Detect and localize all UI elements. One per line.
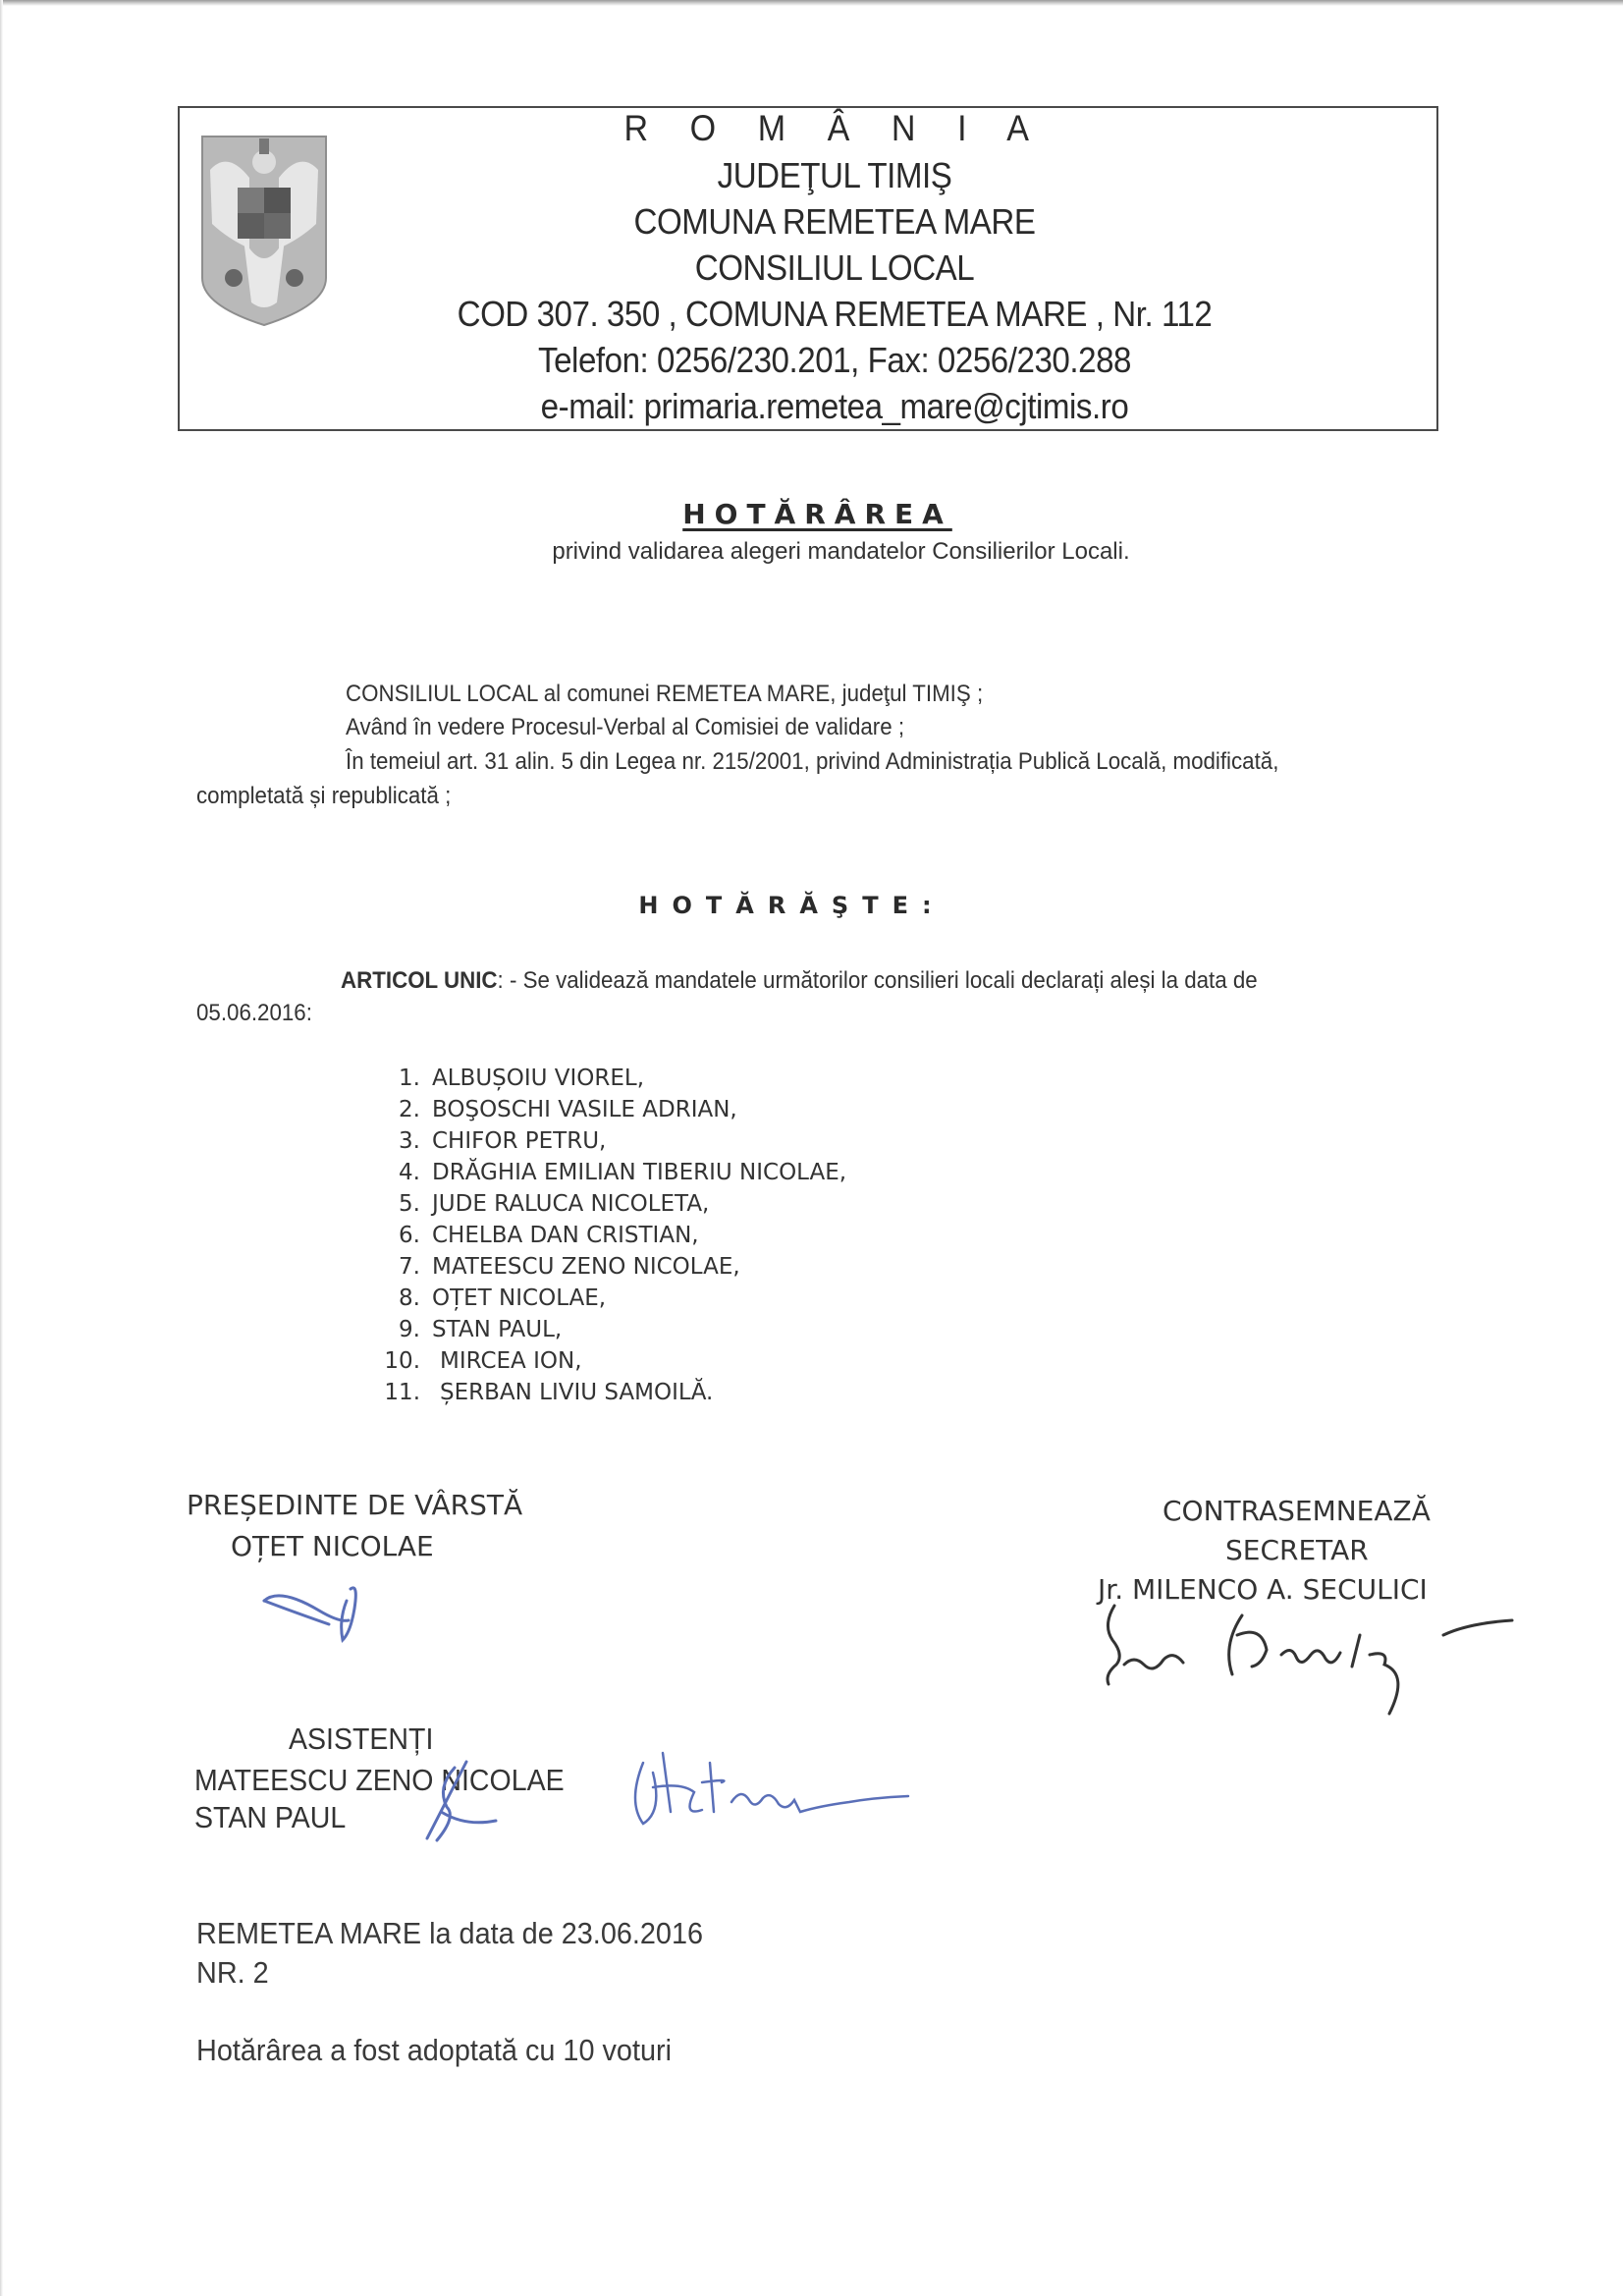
- councillor-item: 10.MIRCEA ION,: [371, 1345, 846, 1377]
- councillor-name: ALBUȘOIU VIOREL,: [432, 1063, 644, 1094]
- councillor-name: OȚET NICOLAE,: [432, 1283, 606, 1314]
- preamble-line-2: Având în vedere Procesul-Verbal al Comis…: [346, 714, 904, 741]
- preamble-line-1: CONSILIUL LOCAL al comunei REMETEA MARE,…: [346, 681, 983, 708]
- councillor-number: 8.: [371, 1283, 432, 1314]
- councillor-item: 3.CHIFOR PETRU,: [371, 1125, 846, 1157]
- councillor-item: 1.ALBUȘOIU VIOREL,: [371, 1063, 846, 1094]
- document-subtitle: privind validarea alegeri mandatelor Con…: [0, 538, 1623, 566]
- header-council: CONSILIUL LOCAL: [338, 247, 1331, 289]
- councillor-name: CHELBA DAN CRISTIAN,: [432, 1220, 699, 1251]
- president-name: OȚET NICOLAE: [231, 1530, 434, 1562]
- councillor-item: 11.ȘERBAN LIVIU SAMOILĂ.: [371, 1377, 846, 1408]
- councillor-name: DRĂGHIA EMILIAN TIBERIU NICOLAE,: [432, 1157, 846, 1188]
- councillor-item: 9.STAN PAUL,: [371, 1314, 846, 1345]
- scan-edge: [0, 0, 1623, 6]
- header-commune: COMUNA REMETEA MARE: [338, 201, 1331, 243]
- preamble-line-3: În temeiul art. 31 alin. 5 din Legea nr.…: [346, 748, 1278, 776]
- article-date: 05.06.2016:: [196, 1000, 312, 1027]
- councillor-name: MIRCEA ION,: [432, 1345, 582, 1377]
- assistant-2-signature: [407, 1758, 515, 1846]
- councillor-name: STAN PAUL,: [432, 1314, 562, 1345]
- assistant-2-name: STAN PAUL: [194, 1800, 346, 1835]
- header-phone-fax: Telefon: 0256/230.201, Fax: 0256/230.288: [338, 340, 1331, 381]
- councillor-number: 1.: [371, 1063, 432, 1094]
- councillor-number: 3.: [371, 1125, 432, 1157]
- header-county: JUDEŢUL TIMIŞ: [338, 155, 1331, 196]
- councillor-number: 2.: [371, 1094, 432, 1125]
- councillor-number: 6.: [371, 1220, 432, 1251]
- secretary-signature: [1095, 1596, 1546, 1743]
- councillor-number: 9.: [371, 1314, 432, 1345]
- place-date: REMETEA MARE la data de 23.06.2016: [196, 1916, 703, 1951]
- councillor-list: 1.ALBUȘOIU VIOREL,2.BOŞOSCHI VASILE ADRI…: [371, 1063, 846, 1408]
- councillor-item: 7.MATEESCU ZENO NICOLAE,: [371, 1251, 846, 1283]
- councillor-name: BOŞOSCHI VASILE ADRIAN,: [432, 1094, 737, 1125]
- header-address: COD 307. 350 , COMUNA REMETEA MARE , Nr.…: [338, 294, 1331, 335]
- article-unic: ARTICOL UNIC: - Se validează mandatele u…: [341, 967, 1258, 995]
- assistants-title: ASISTENȚI: [289, 1722, 433, 1757]
- assistant-1-signature: [623, 1743, 938, 1841]
- councillor-number: 11.: [371, 1377, 432, 1408]
- vote-result: Hotărârea a fost adoptată cu 10 voturi: [196, 2033, 672, 2068]
- president-title: PREȘEDINTE DE VÂRSTĂ: [187, 1489, 522, 1521]
- councillor-name: MATEESCU ZENO NICOLAE,: [432, 1251, 740, 1283]
- councillor-number: 4.: [371, 1157, 432, 1188]
- councillor-number: 7.: [371, 1251, 432, 1283]
- countersign-title: CONTRASEMNEAZĂ: [1163, 1495, 1431, 1527]
- councillor-item: 4.DRĂGHIA EMILIAN TIBERIU NICOLAE,: [371, 1157, 846, 1188]
- councillor-number: 10.: [371, 1345, 432, 1377]
- councillor-name: JUDE RALUCA NICOLETA,: [432, 1188, 709, 1220]
- councillor-number: 5.: [371, 1188, 432, 1220]
- councillor-item: 8.OȚET NICOLAE,: [371, 1283, 846, 1314]
- romania-coat-of-arms-icon: [198, 131, 330, 327]
- article-label: ARTICOL UNIC: [341, 967, 498, 994]
- header-country: R O M Â N I A: [338, 108, 1331, 149]
- president-signature: [260, 1581, 368, 1650]
- preamble-line-4: completată și republicată ;: [196, 783, 451, 810]
- secretary-title: SECRETAR: [1225, 1534, 1369, 1566]
- article-text: : - Se validează mandatele următorilor c…: [498, 967, 1258, 994]
- councillor-item: 2.BOŞOSCHI VASILE ADRIAN,: [371, 1094, 846, 1125]
- councillor-name: ȘERBAN LIVIU SAMOILĂ.: [432, 1377, 713, 1408]
- councillor-item: 6.CHELBA DAN CRISTIAN,: [371, 1220, 846, 1251]
- councillor-item: 5.JUDE RALUCA NICOLETA,: [371, 1188, 846, 1220]
- councillor-name: CHIFOR PETRU,: [432, 1125, 606, 1157]
- document-title: HOTĂRÂREA: [0, 498, 1623, 530]
- decides-heading: HOTĂRĂŞTE:: [0, 892, 1623, 919]
- scan-edge-left: [0, 0, 3, 2296]
- decision-number: NR. 2: [196, 1955, 269, 1991]
- header-email: e-mail: primaria.remetea_mare@cjtimis.ro: [338, 386, 1331, 427]
